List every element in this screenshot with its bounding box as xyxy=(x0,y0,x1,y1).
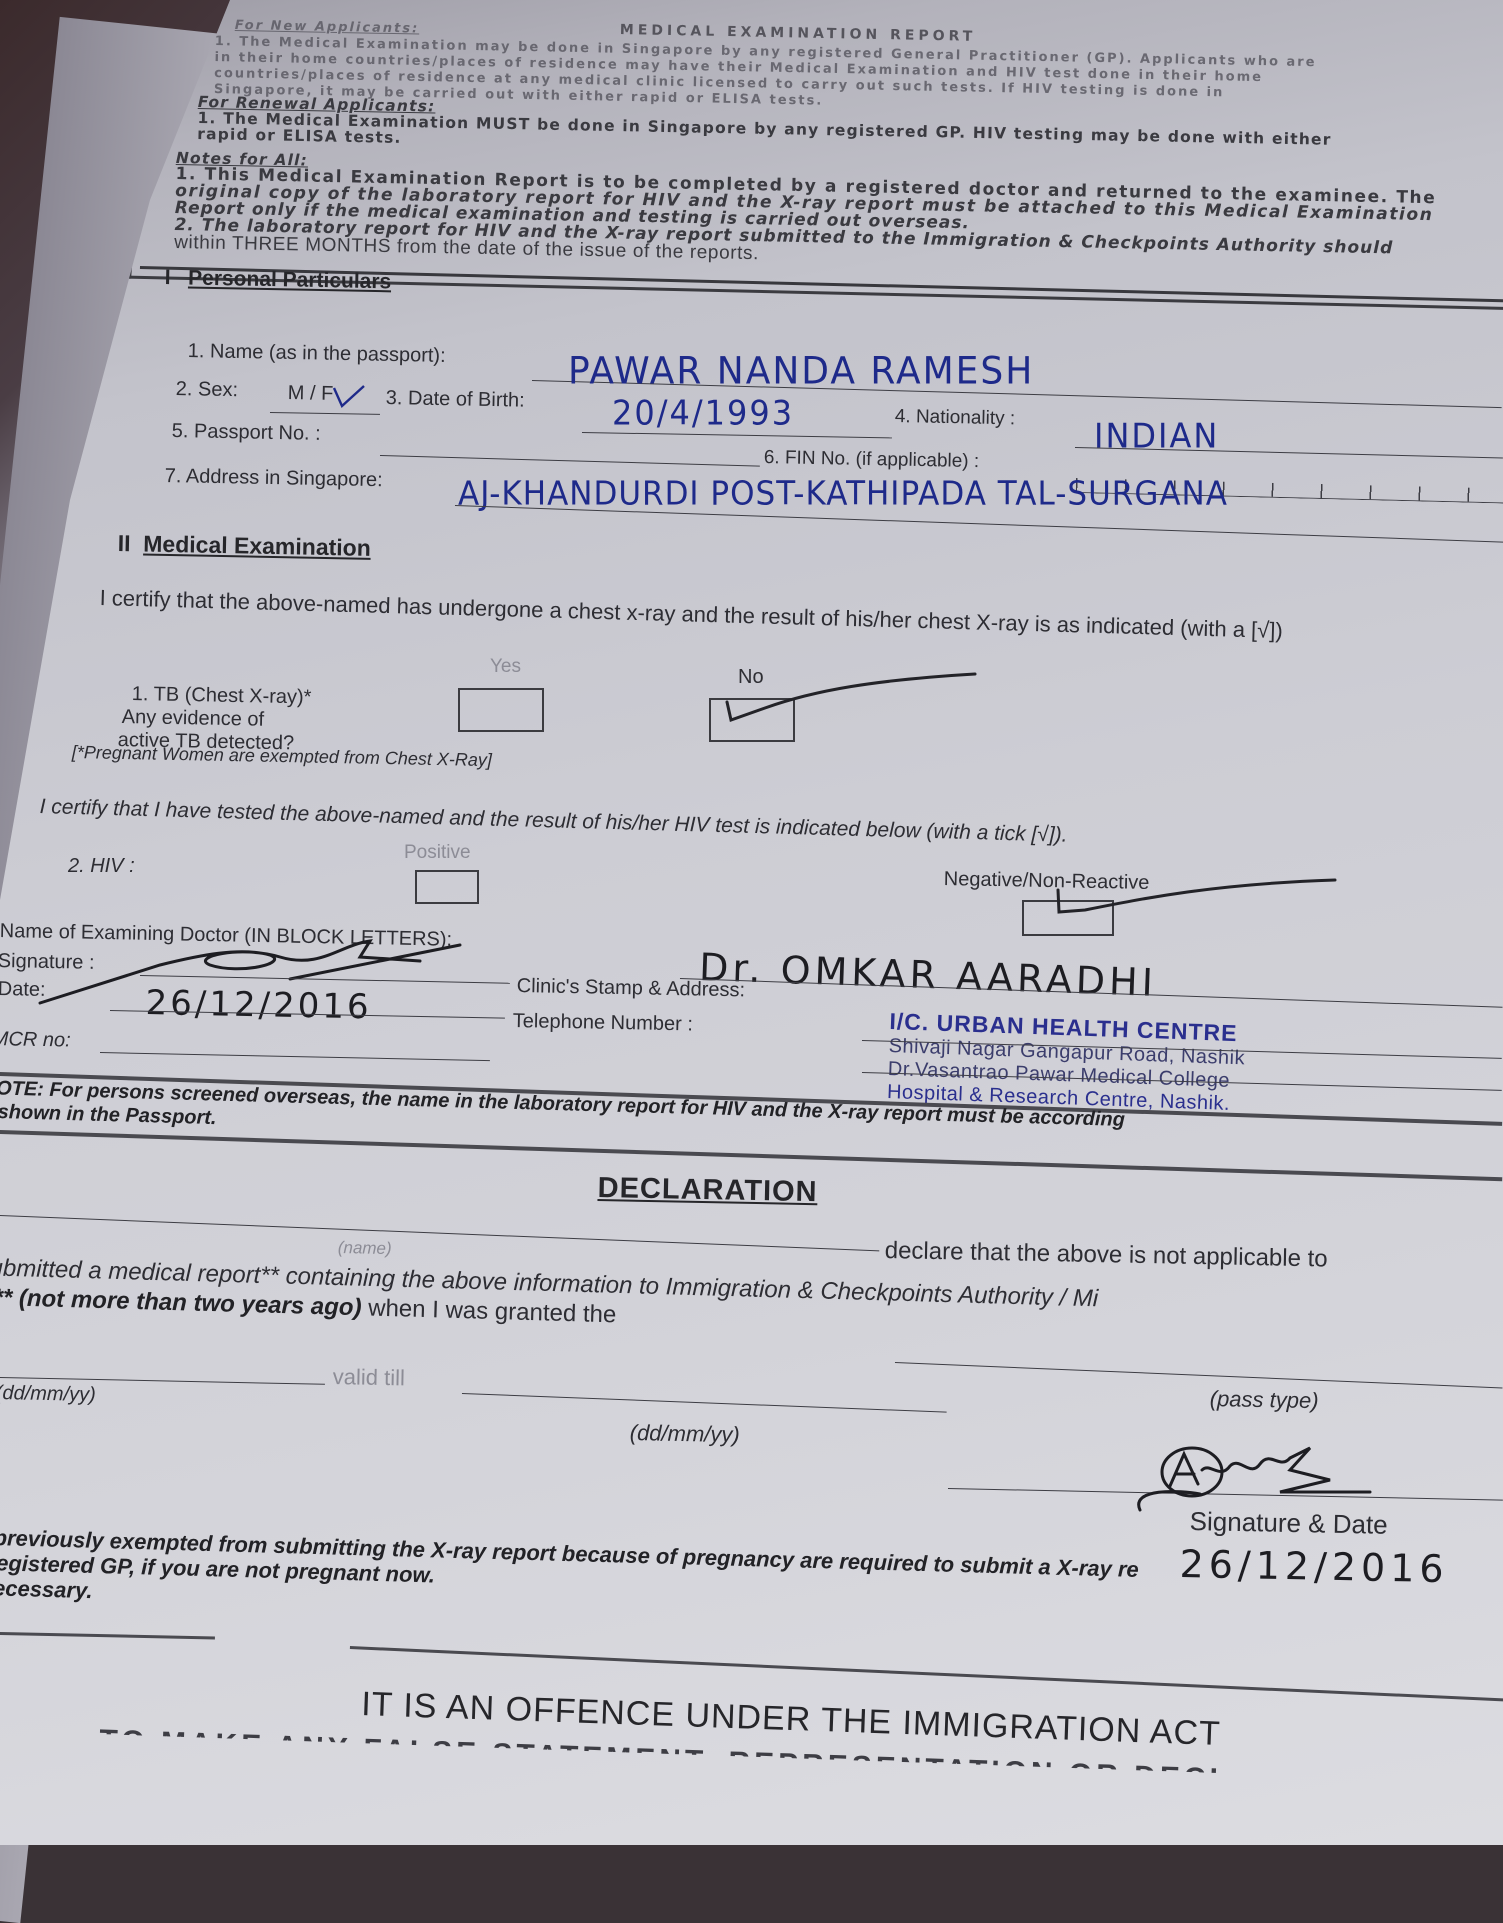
sex-label: 2. Sex: xyxy=(176,378,239,402)
mcr-field[interactable] xyxy=(100,1052,490,1061)
telephone-label: Telephone Number : xyxy=(513,1010,694,1036)
date-label: Date: xyxy=(0,978,46,1002)
section-number: I xyxy=(165,266,171,289)
nationality-label: 4. Nationality : xyxy=(895,406,1016,430)
sex-field-line xyxy=(270,412,380,415)
hiv-positive-label: Positive xyxy=(404,842,471,864)
tb-no-tick-icon xyxy=(725,672,985,742)
dob-label: 3. Date of Birth: xyxy=(386,387,525,413)
declarant-signature-date[interactable]: 26/12/2016 xyxy=(1179,1542,1449,1591)
pass-type-field[interactable] xyxy=(895,1362,1503,1388)
footer-divider-left xyxy=(0,1632,215,1640)
medical-examination-form: For New Applicants: MEDICAL EXAMINATION … xyxy=(0,0,1503,1845)
granted-text: when I was granted the xyxy=(361,1294,616,1328)
pass-type-hint: (pass type) xyxy=(1210,1386,1319,1414)
signature-date-label: Signature & Date xyxy=(1189,1506,1388,1541)
hiv-positive-checkbox[interactable] xyxy=(415,870,479,904)
declaration-title: DECLARATION xyxy=(597,1172,817,1209)
valid-till-field[interactable] xyxy=(462,1393,947,1413)
pregnant-exemption-note: [*Pregnant Women are exempted from Chest… xyxy=(72,742,493,771)
name-hint: (name) xyxy=(338,1238,392,1259)
dob-field-line xyxy=(582,432,892,438)
fin-label-text: 6. FIN No. (if applicable) : xyxy=(764,447,980,472)
passport-field[interactable] xyxy=(380,455,760,467)
name-label: 1. Name (as in the passport): xyxy=(188,340,446,368)
address-label: 7. Address in Singapore: xyxy=(165,465,383,492)
pregnancy-note-line-3: necessary. xyxy=(0,1575,93,1604)
dob-field[interactable]: 20/4/1993 xyxy=(612,393,794,433)
date-hint-1: (dd/mm/yy) xyxy=(0,1382,96,1407)
declarant-name-field[interactable] xyxy=(0,1215,879,1251)
fin-label: 6. FIN No. (if applicable) : xyxy=(764,447,980,473)
date-field[interactable]: 26/12/2016 xyxy=(145,983,372,1027)
tb-question-1: Any evidence of xyxy=(122,706,265,732)
tb-yes-label: Yes xyxy=(490,656,521,678)
address-field[interactable]: AJ-KHANDURDI POST-KATHIPADA TAL-SURGANA xyxy=(458,475,1228,513)
mcr-label: MCR no: xyxy=(0,1028,71,1053)
note-divider-bottom xyxy=(0,1130,1502,1181)
valid-till-label: valid till xyxy=(333,1364,406,1391)
declare-text: declare that the above is not applicable… xyxy=(884,1237,1327,1273)
section-personal-particulars: I Personal Particulars xyxy=(165,266,392,294)
overseas-note-line-2: shown in the Passport. xyxy=(0,1101,217,1130)
section-title: Medical Examination xyxy=(143,530,371,560)
hiv-negative-tick-icon xyxy=(1055,878,1345,928)
clinic-stamp: I/C. URBAN HEALTH CENTRE Shivaji Nagar G… xyxy=(887,1008,1247,1116)
sex-options: M / F xyxy=(288,382,334,406)
tb-label: 1. TB (Chest X-ray)* xyxy=(132,683,312,709)
section-number: II xyxy=(118,530,131,556)
section-title: Personal Particulars xyxy=(188,266,392,293)
sex-female-tick-icon xyxy=(330,382,370,412)
hiv-certify-text: I certify that I have tested the above-n… xyxy=(39,795,1067,848)
name-field[interactable]: PAWAR NANDA RAMESH xyxy=(568,350,1034,393)
hiv-label: 2. HIV : xyxy=(68,855,135,878)
passport-label: 5. Passport No. : xyxy=(172,420,321,446)
xray-certify-text: I certify that the above-named has under… xyxy=(99,585,1283,644)
date-hint-2: (dd/mm/yy) xyxy=(630,1420,740,1448)
doctor-name-field[interactable]: Dr. OMKAR AARADHI xyxy=(698,945,1157,1005)
tb-yes-checkbox[interactable] xyxy=(458,688,544,732)
section-medical-examination: II Medical Examination xyxy=(117,530,371,562)
clinic-stamp-label: Clinic's Stamp & Address: xyxy=(517,975,746,1002)
